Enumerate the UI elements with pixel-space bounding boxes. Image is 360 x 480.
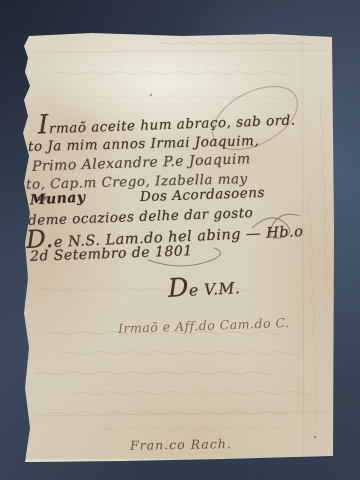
top-crease xyxy=(32,50,328,52)
manuscript-closing: De V.M. xyxy=(168,278,241,301)
manuscript-line: Munay xyxy=(30,190,86,209)
paper-speckles xyxy=(22,28,24,30)
photo-backdrop: Irmaõ aceite hum abraço, sab ord. to Ja … xyxy=(0,0,360,480)
signature: Fran.co Rach. xyxy=(130,436,232,453)
manuscript-page: Irmaõ aceite hum abraço, sab ord. to Ja … xyxy=(22,28,336,464)
